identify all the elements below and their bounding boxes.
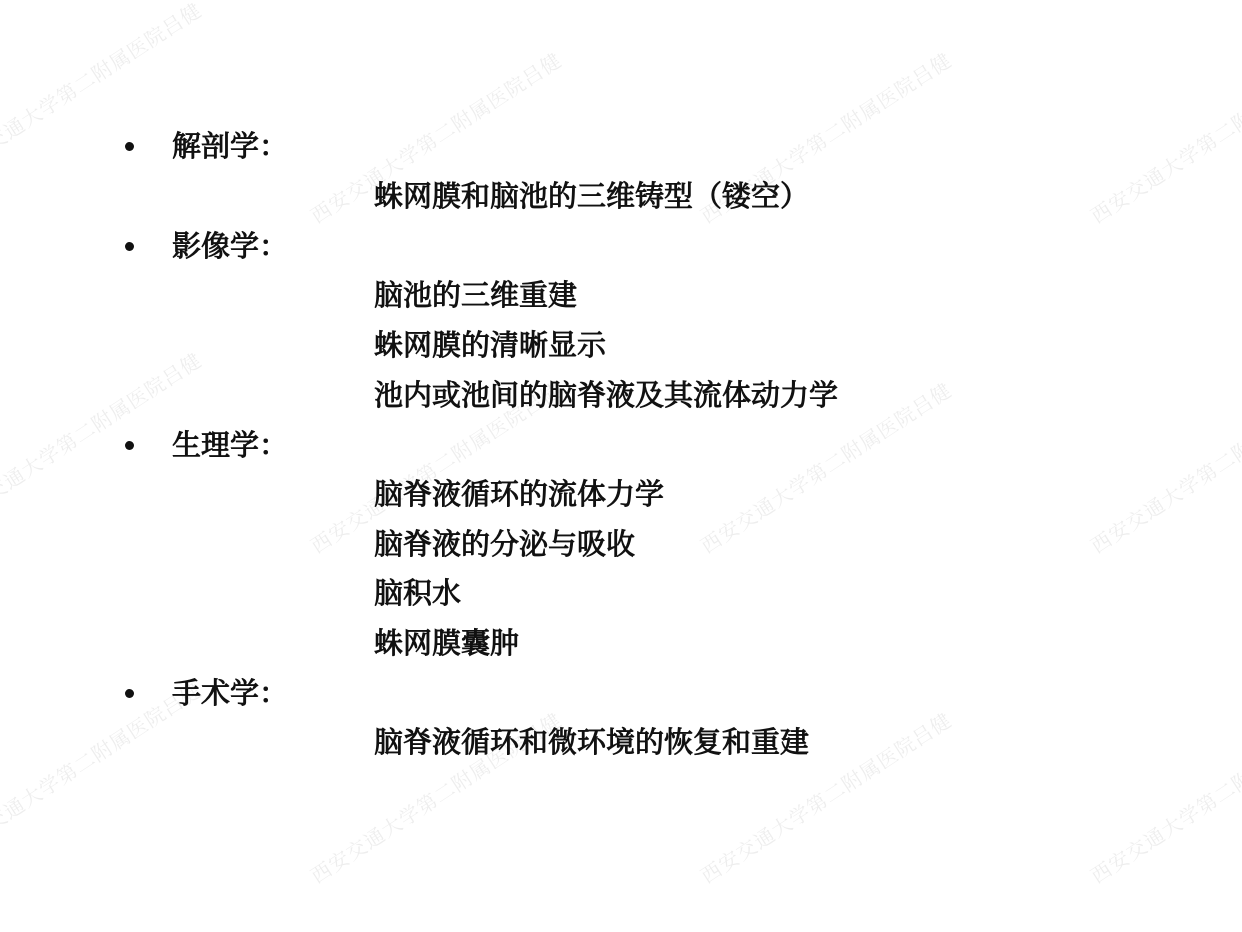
heading-text: 生理学： <box>172 425 288 465</box>
list-item: 蛛网膜囊肿 <box>374 623 519 663</box>
list-item: 蛛网膜和脑池的三维铸型（镂空） <box>374 176 809 216</box>
section-heading-physiology: 生理学： <box>125 425 288 465</box>
section-heading-surgery: 手术学： <box>125 673 288 713</box>
list-item: 蛛网膜的清晰显示 <box>374 325 606 365</box>
list-item: 脑脊液的分泌与吸收 <box>374 524 635 564</box>
section-heading-anatomy: 解剖学： <box>125 126 288 166</box>
list-item: 脑脊液循环和微环境的恢复和重建 <box>374 722 809 762</box>
slide: 解剖学： 蛛网膜和脑池的三维铸型（镂空） 影像学： 脑池的三维重建 蛛网膜的清晰… <box>0 0 1242 932</box>
list-item: 脑积水 <box>374 573 461 613</box>
section-heading-imaging: 影像学： <box>125 226 288 266</box>
list-item: 池内或池间的脑脊液及其流体动力学 <box>374 375 838 415</box>
heading-text: 手术学： <box>172 673 288 713</box>
list-item: 脑脊液循环的流体力学 <box>374 474 664 514</box>
list-item: 脑池的三维重建 <box>374 275 577 315</box>
bullet-icon <box>125 689 134 698</box>
heading-text: 影像学： <box>172 226 288 266</box>
bullet-icon <box>125 142 134 151</box>
heading-text: 解剖学： <box>172 126 288 166</box>
bullet-icon <box>125 441 134 450</box>
bullet-icon <box>125 242 134 251</box>
